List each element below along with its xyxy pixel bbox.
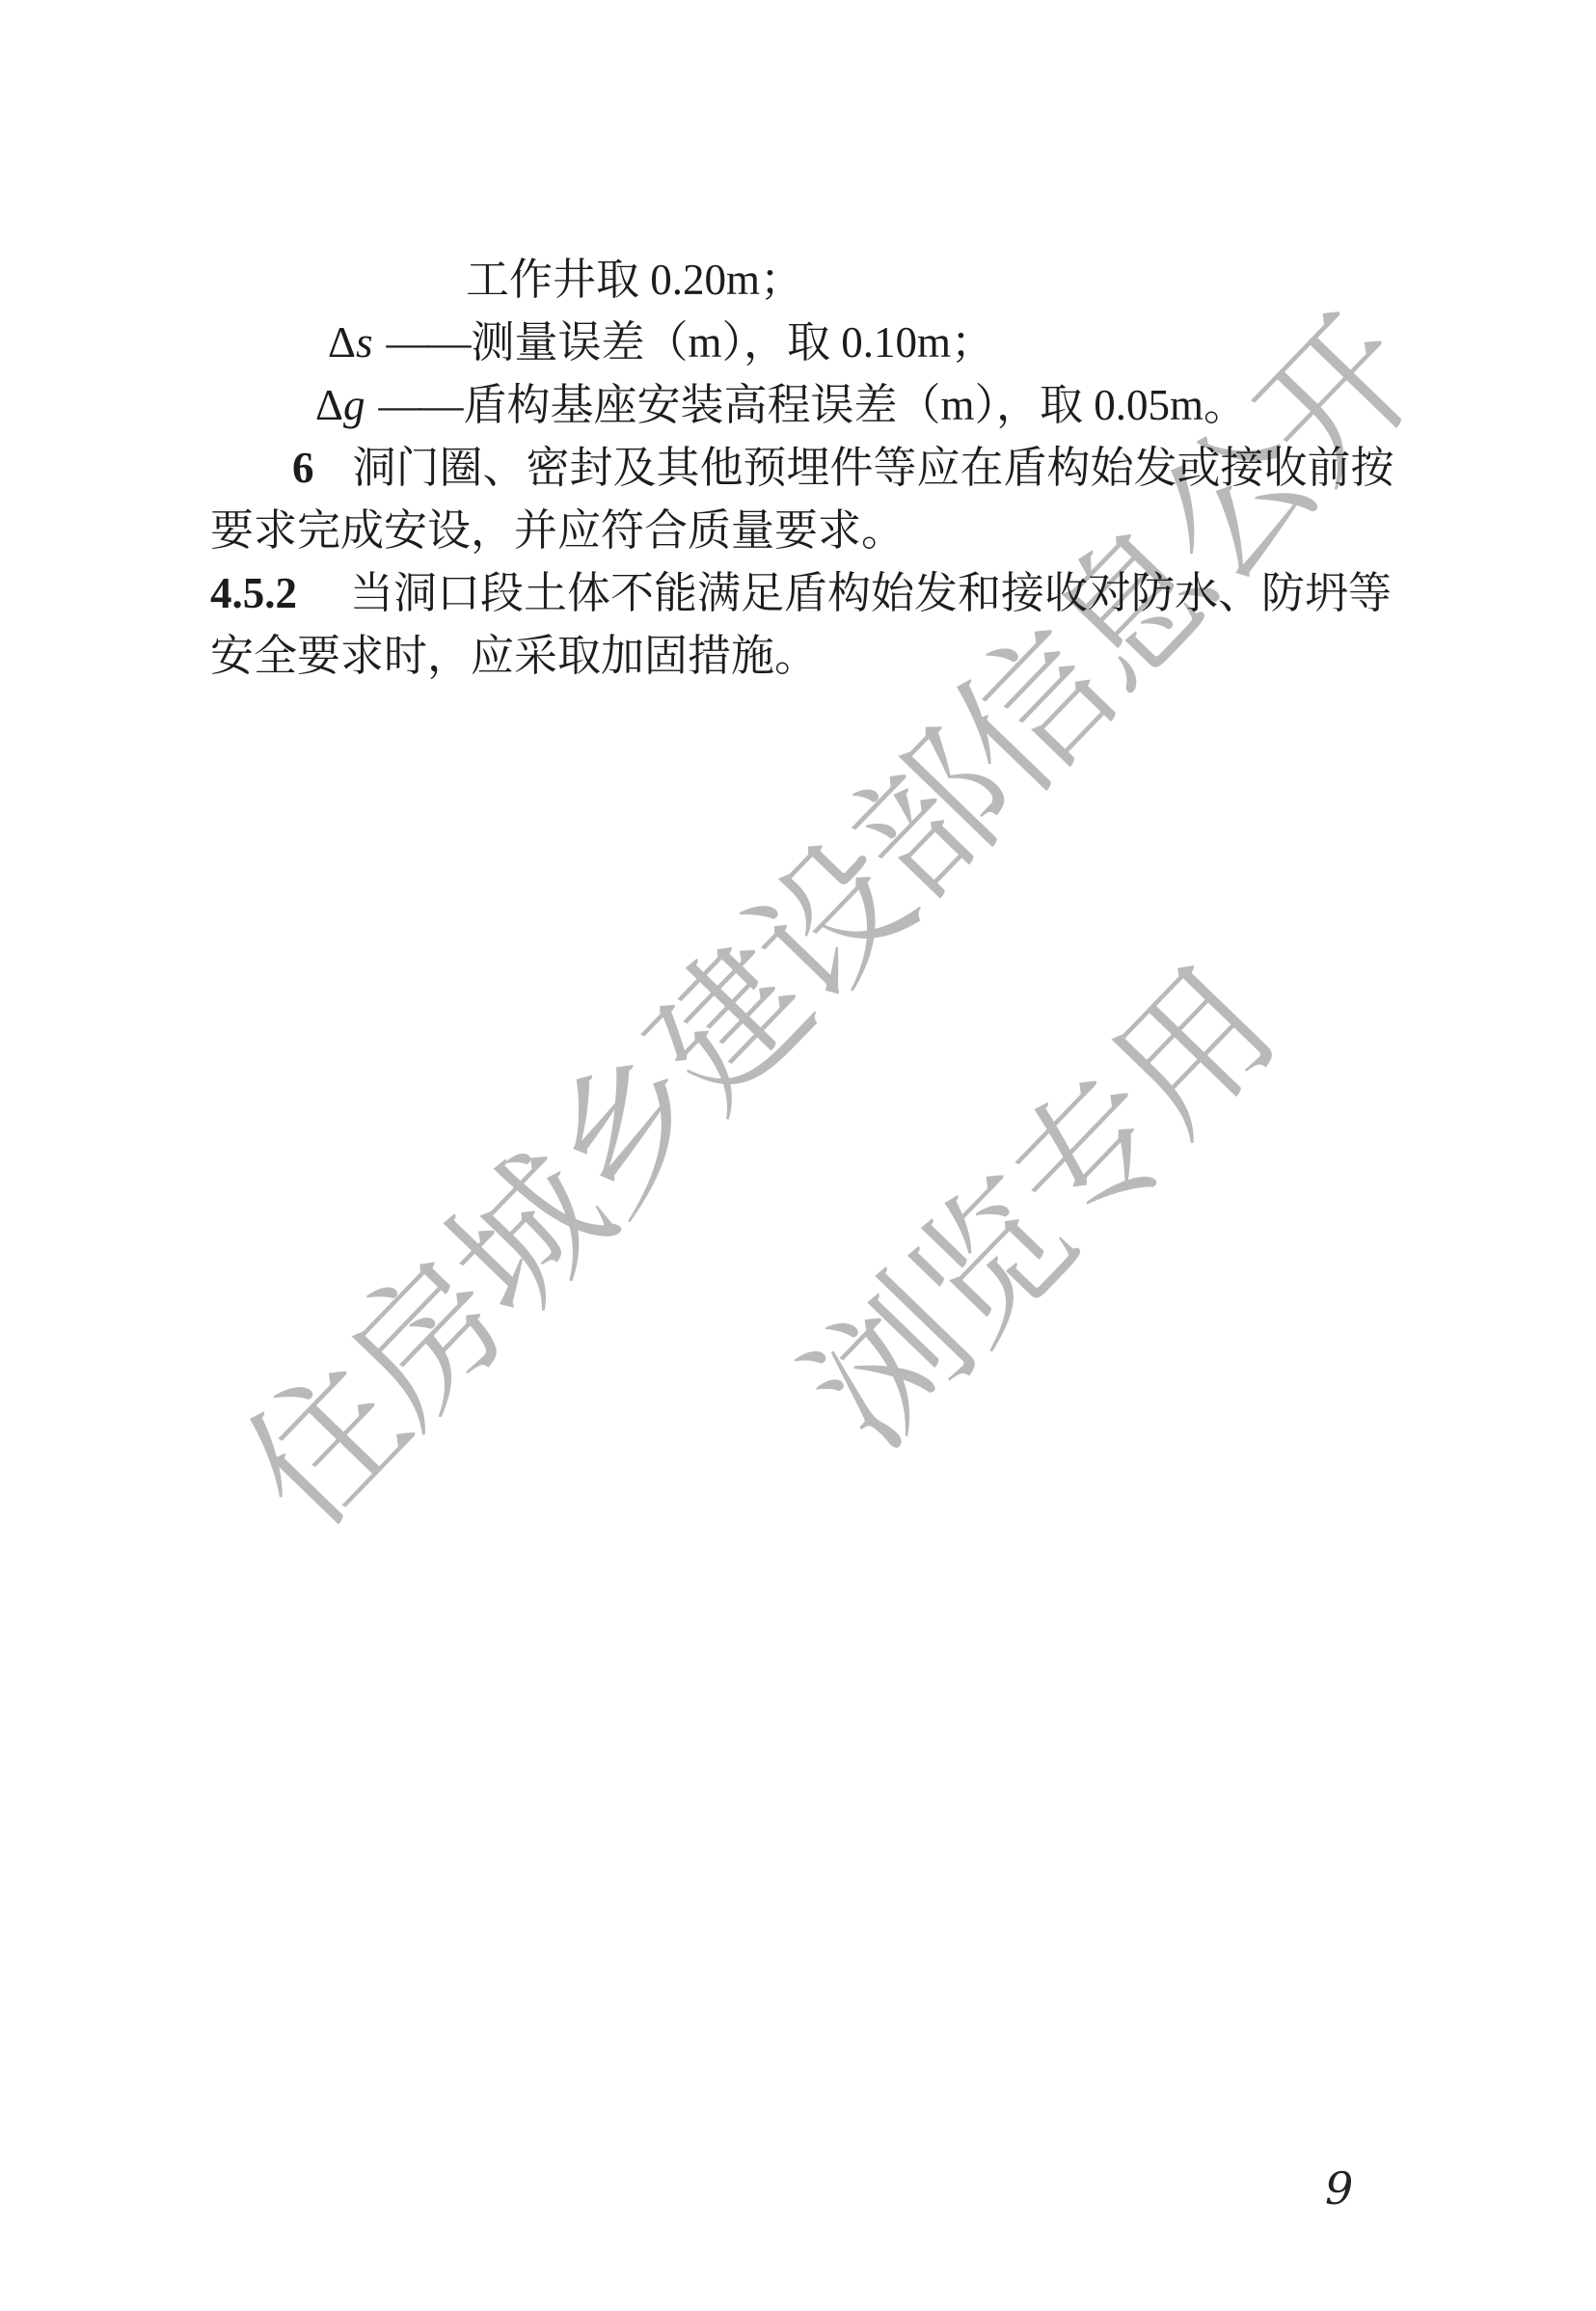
delta-s-definition: 测量误差（m），取 0.10m； bbox=[471, 318, 994, 367]
definition-dash: —— bbox=[378, 381, 463, 429]
clause-4-5-2-text: 当洞口段土体不能满足盾构始发和接收对防水、防坍等 bbox=[350, 569, 1392, 617]
body-line-delta-g: Δg——盾构基座安装高程误差（m），取 0.05m。 bbox=[210, 374, 1396, 437]
document-page: 住房城乡建设部信息公开 浏览专用 工作井取 0.20m； Δs——测量误差（m）… bbox=[0, 0, 1596, 2311]
item-number: 6 bbox=[292, 444, 314, 492]
body-line-delta-s: Δs——测量误差（m），取 0.10m； bbox=[210, 312, 1396, 374]
page-number: 9 bbox=[1325, 2162, 1353, 2215]
item-6-text: 洞门圈、密封及其他预埋件等应在盾构始发或接收前按 bbox=[353, 444, 1394, 492]
body-line-clause-4-5-2-continued: 安全要求时，应采取加固措施。 bbox=[210, 625, 1396, 688]
body-text: 工作井取 0.20m； Δs——测量误差（m），取 0.10m； Δg——盾构基… bbox=[210, 249, 1396, 688]
delta-s-variable: s bbox=[356, 318, 387, 367]
body-line-work-shaft: 工作井取 0.20m； bbox=[210, 249, 1396, 312]
clause-number: 4.5.2 bbox=[210, 569, 297, 617]
delta-symbol: Δ bbox=[328, 318, 356, 367]
definition-dash: —— bbox=[386, 318, 471, 367]
delta-g-variable: g bbox=[343, 381, 379, 429]
body-line-item-6: 6洞门圈、密封及其他预埋件等应在盾构始发或接收前按 bbox=[210, 437, 1396, 500]
delta-g-definition: 盾构基座安装高程误差（m），取 0.05m。 bbox=[463, 381, 1247, 429]
body-line-item-6-continued: 要求完成安设，并应符合质量要求。 bbox=[210, 500, 1396, 562]
body-line-clause-4-5-2: 4.5.2当洞口段土体不能满足盾构始发和接收对防水、防坍等 bbox=[210, 562, 1396, 625]
delta-symbol: Δ bbox=[315, 381, 343, 429]
